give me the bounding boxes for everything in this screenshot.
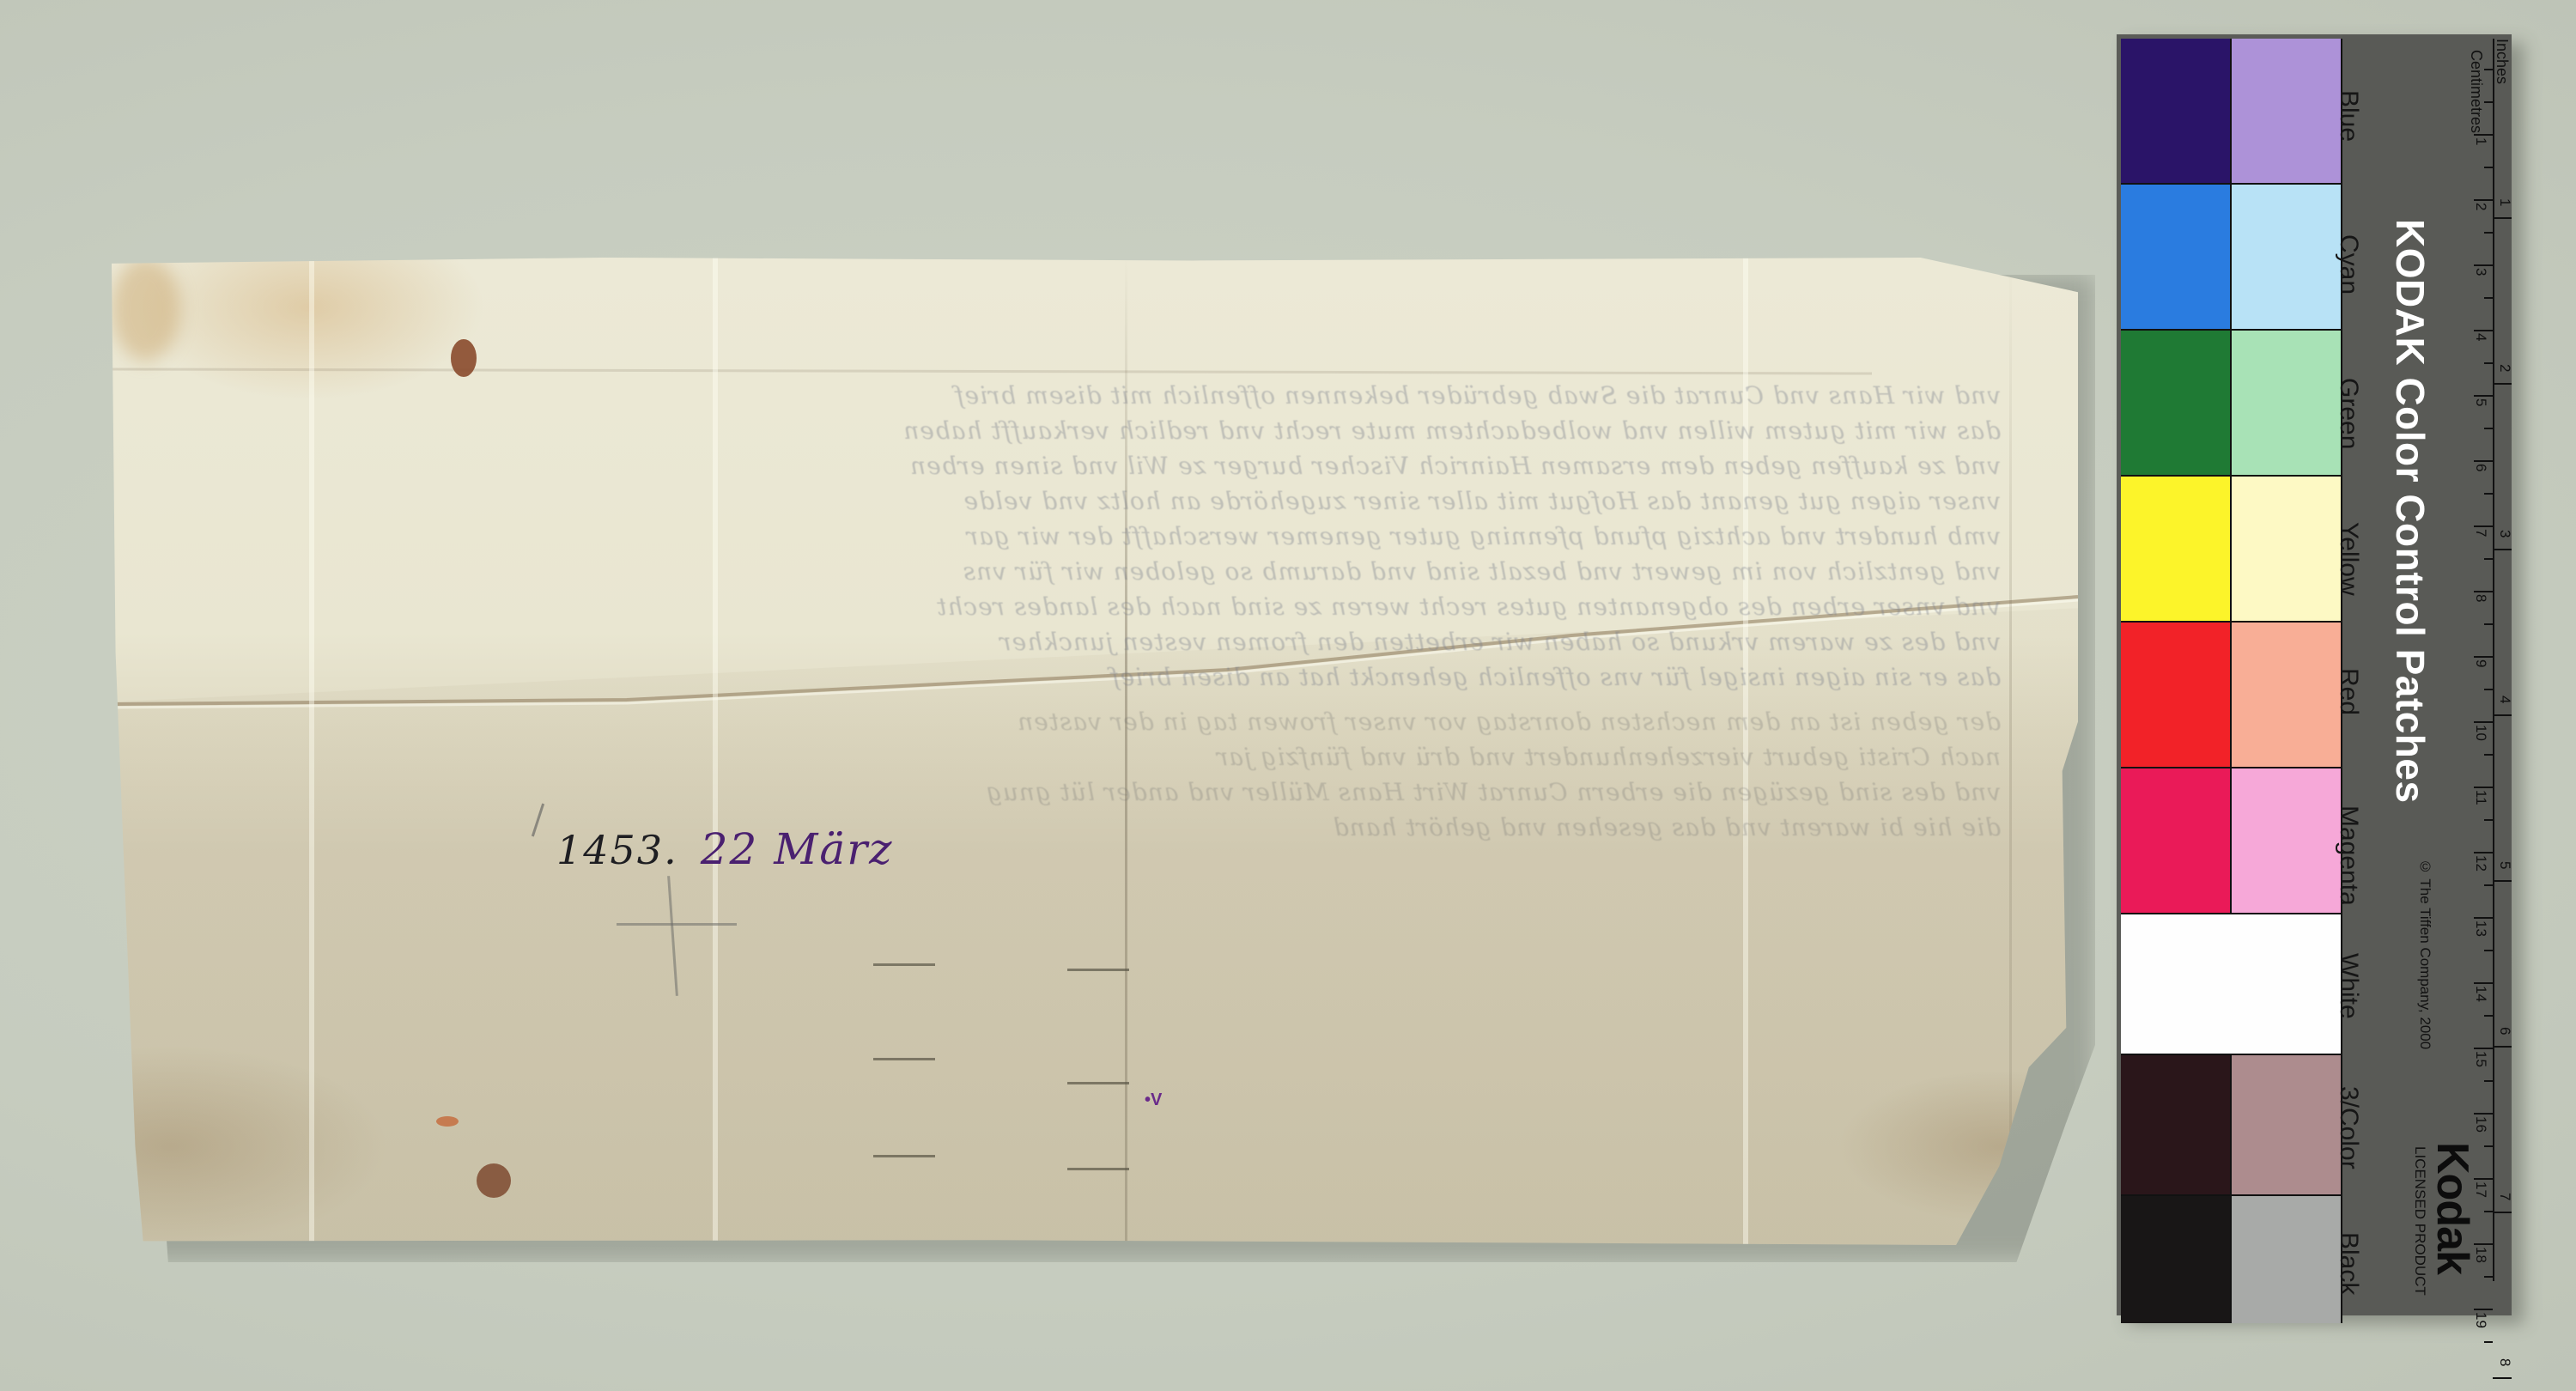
ruler-minor-tick <box>2484 1276 2493 1278</box>
ruler-cm-label: 13 <box>2472 920 2489 937</box>
ruler-minor-tick <box>2484 167 2493 168</box>
patch-blue-light <box>2232 39 2342 183</box>
patch-row-magenta <box>2121 768 2342 914</box>
ruler-cm-label: 17 <box>2472 1181 2489 1198</box>
patch-label-3color: 3/Color <box>2334 1086 2363 1169</box>
ruler-cm-label: 5 <box>2472 398 2489 406</box>
ruler-minor-tick <box>2484 623 2493 625</box>
rust-stain <box>436 1116 459 1127</box>
ruler-inch-label: 3 <box>2496 530 2513 538</box>
patch-cyan-dark <box>2121 185 2232 329</box>
ruler-inch-tick <box>2493 714 2512 716</box>
ink-stain <box>451 339 477 377</box>
ghost-line: das wir mit gutem willen vnd wolbedachte… <box>197 413 2001 448</box>
ruler-cm-label: 10 <box>2472 725 2489 741</box>
ruler-minor-tick <box>2484 689 2493 690</box>
dorsal-date: 22 März <box>701 824 894 874</box>
patch-green-light <box>2232 331 2342 475</box>
kodak-color-control-strip: Blue Cyan Green Yellow Red Magenta White… <box>2117 34 2512 1315</box>
patch-3color-dark <box>2121 1055 2232 1194</box>
ruler-cm-tick <box>2474 917 2493 919</box>
ruler-minor-tick <box>2484 1145 2493 1147</box>
ruler-cm-tick <box>2474 982 2493 984</box>
ruler-minor-tick <box>2484 493 2493 495</box>
ruler-cm-label: 16 <box>2472 1116 2489 1133</box>
seal-slit-mark <box>873 963 935 966</box>
ghost-line: das er sin aigen insigel für vns offenli… <box>197 659 2001 695</box>
ruler-minor-tick <box>2484 1211 2493 1212</box>
ruler-cm-tick <box>2474 199 2493 201</box>
patch-yellow-dark <box>2121 477 2232 621</box>
ruler-cm-label: 7 <box>2472 529 2489 537</box>
seal-slit-mark <box>873 1155 935 1157</box>
patch-label-black: Black <box>2334 1232 2363 1295</box>
patch-label-cyan: Cyan <box>2334 234 2363 295</box>
ruler-cm-label: 14 <box>2472 986 2489 1002</box>
ruler-inch-label: 8 <box>2496 1358 2513 1366</box>
water-stain <box>112 258 180 361</box>
patch-red-light <box>2232 623 2342 767</box>
ruler-minor-tick <box>2484 297 2493 299</box>
patch-row-red <box>2121 623 2342 768</box>
patch-magenta-light <box>2232 768 2342 913</box>
ruler-axis <box>2493 39 2494 1281</box>
label-band: Blue Cyan Green Yellow Red Magenta White… <box>2342 34 2512 1315</box>
dorsal-note: 1453.22 März <box>556 824 893 874</box>
ruler-cm-tick <box>2474 1309 2493 1310</box>
ruler-minor-tick <box>2484 101 2493 103</box>
seal-slit-mark <box>873 1058 935 1060</box>
patch-row-green <box>2121 331 2342 477</box>
ghost-line: vnser aigen gut genant das Hofgut mit al… <box>197 483 2001 519</box>
ruler-minor-tick <box>2484 558 2493 560</box>
ruler-cm-tick <box>2474 395 2493 397</box>
ruler-cm-label: 19 <box>2472 1312 2489 1328</box>
ghost-line: vmb hundert vnd achtzig pfund pfenning g… <box>197 519 2001 554</box>
ruler-cm-label: 3 <box>2472 268 2489 276</box>
ruler-inch-label: 7 <box>2496 1193 2513 1200</box>
ruler-minor-tick <box>2484 1015 2493 1017</box>
ghost-line: vnd gentzlich von im gewert vnd bezalt s… <box>197 554 2001 589</box>
patch-black-light <box>2232 1196 2342 1323</box>
patch-black-dark <box>2121 1196 2232 1323</box>
patch-yellow-light <box>2232 477 2342 621</box>
patch-row-cyan <box>2121 185 2342 331</box>
patch-white <box>2121 914 2342 1054</box>
ruler-cm-label: 2 <box>2472 203 2489 210</box>
ruler-minor-tick <box>2484 1080 2493 1082</box>
ruler-cm-tick <box>2474 1048 2493 1049</box>
pencil-cross-mark <box>617 923 737 926</box>
ruler-minor-tick <box>2484 754 2493 756</box>
show-through-text-upper: vnd wir Hans vnd Cunrat die Swab gebrüde… <box>197 378 2001 695</box>
ghost-line: nach Cristi geburt vierzehenhundert vnd … <box>197 739 2001 774</box>
ruler-minor-tick <box>2484 232 2493 234</box>
ruler-cm-label: 15 <box>2472 1051 2489 1067</box>
patch-label-white: White <box>2334 953 2363 1019</box>
ruler-minor-tick <box>2484 950 2493 951</box>
ruler-inch-label: 6 <box>2496 1027 2513 1035</box>
patch-label-green: Green <box>2334 378 2363 449</box>
ruler-cm-tick <box>2474 1178 2493 1180</box>
ruler-cm-label: 4 <box>2472 333 2489 341</box>
seal-slit-mark <box>1067 969 1129 971</box>
ruler-minor-tick <box>2484 884 2493 886</box>
ruler-minor-tick <box>2484 1341 2493 1343</box>
ghost-line: vnd des sind gezügen die erbern Cunrat W… <box>197 774 2001 810</box>
ruler-inch-tick <box>2493 1377 2512 1379</box>
patch-red-dark <box>2121 623 2232 767</box>
patch-label-magenta: Magenta <box>2334 805 2363 906</box>
patch-row-3color <box>2121 1055 2342 1196</box>
ruler-inch-tick <box>2493 1212 2512 1213</box>
patch-row-black <box>2121 1196 2342 1323</box>
patch-3color-light <box>2232 1055 2342 1194</box>
ghost-line: der geben ist an dem nechsten donrstag v… <box>197 704 2001 739</box>
ghost-line: vnd des ze warem vrkund so haben wir erb… <box>197 624 2001 659</box>
show-through-text-lower: der geben ist an dem nechsten donrstag v… <box>197 704 2001 845</box>
ruler-cm-label: 11 <box>2472 790 2489 805</box>
patch-magenta-dark <box>2121 768 2232 913</box>
patch-blue-dark <box>2121 39 2232 183</box>
vertical-fold <box>2009 258 2012 1245</box>
ruler-cm-tick <box>2474 591 2493 592</box>
dorsal-year: 1453. <box>556 827 678 873</box>
ruler-cm-tick <box>2474 656 2493 658</box>
ruler-inch-tick <box>2493 1046 2512 1048</box>
ruler-unit-cm: Centimetres <box>2467 50 2485 133</box>
patch-cyan-light <box>2232 185 2342 329</box>
patch-green-dark <box>2121 331 2232 475</box>
ghost-line: vnd ze kauffen geben dem ersamen Hainric… <box>197 448 2001 483</box>
ruler-minor-tick <box>2484 428 2493 429</box>
ruler-cm-tick <box>2474 264 2493 266</box>
patch-row-blue <box>2121 39 2342 185</box>
ruler-cm-tick <box>2474 787 2493 788</box>
ruler-inch-label: 2 <box>2496 364 2513 372</box>
parchment-sheet: vnd wir Hans vnd Cunrat die Swab gebrüde… <box>112 258 2078 1245</box>
ruler-unit-inches: Inches <box>2493 39 2511 84</box>
seal-slit-mark <box>1067 1168 1129 1170</box>
seal-slit-mark <box>1067 1082 1129 1084</box>
ruler-cm-tick <box>2474 134 2493 136</box>
ruler-cm-label: 6 <box>2472 464 2489 471</box>
chart-title: KODAK Color Control Patches <box>2387 219 2433 804</box>
ruler-cm-label: 12 <box>2472 855 2489 872</box>
ghost-line: vnd vnser erben des obgenanten gutes rec… <box>197 589 2001 624</box>
ruler-cm-tick <box>2474 1243 2493 1245</box>
ruler-cm-label: 1 <box>2472 137 2489 145</box>
ruler-minor-tick <box>2484 69 2493 70</box>
chart-copyright: © The Tiffen Company, 2000 <box>2416 859 2433 1049</box>
licensed-product-text: LICENSED PRODUCT <box>2411 1146 2428 1296</box>
ruler-cm-tick <box>2474 852 2493 853</box>
ghost-line: vnd wir Hans vnd Cunrat die Swab gebrüde… <box>197 378 2001 413</box>
ink-stain <box>477 1163 511 1198</box>
ruler-cm-label: 9 <box>2472 659 2489 667</box>
ruler-inch-label: 1 <box>2496 198 2513 206</box>
ruler-cm-tick <box>2474 330 2493 331</box>
ruler-inch-tick <box>2493 880 2512 882</box>
ruler-cm-tick <box>2474 460 2493 462</box>
ruler-cm-label: 18 <box>2472 1247 2489 1263</box>
ruler-cm-tick <box>2474 1113 2493 1115</box>
purple-annotation: •V <box>1145 1090 1162 1110</box>
ruler-minor-tick <box>2484 819 2493 821</box>
ruler-cm-tick <box>2474 721 2493 723</box>
patch-row-white <box>2121 914 2342 1055</box>
ruler-inch-tick <box>2493 549 2512 550</box>
color-patch-grid <box>2121 39 2342 1323</box>
ruler-cm-tick <box>2474 525 2493 527</box>
ghost-line: die hie bi warent vnd das gesehen vnd ge… <box>197 810 2001 845</box>
patch-label-blue: Blue <box>2334 90 2363 142</box>
ruler-inch-tick <box>2493 383 2512 385</box>
patch-label-yellow: Yellow <box>2334 522 2363 596</box>
patch-label-red: Red <box>2334 668 2363 715</box>
ruler-cm-label: 8 <box>2472 594 2489 602</box>
ruler-inch-label: 4 <box>2496 695 2513 703</box>
ruler-inch-label: 5 <box>2496 861 2513 869</box>
ruler: Centimetres Inches 123456789101112131415… <box>2467 34 2512 1315</box>
patch-row-yellow <box>2121 477 2342 623</box>
ruler-minor-tick <box>2484 362 2493 364</box>
ruler-inch-tick <box>2493 217 2512 219</box>
